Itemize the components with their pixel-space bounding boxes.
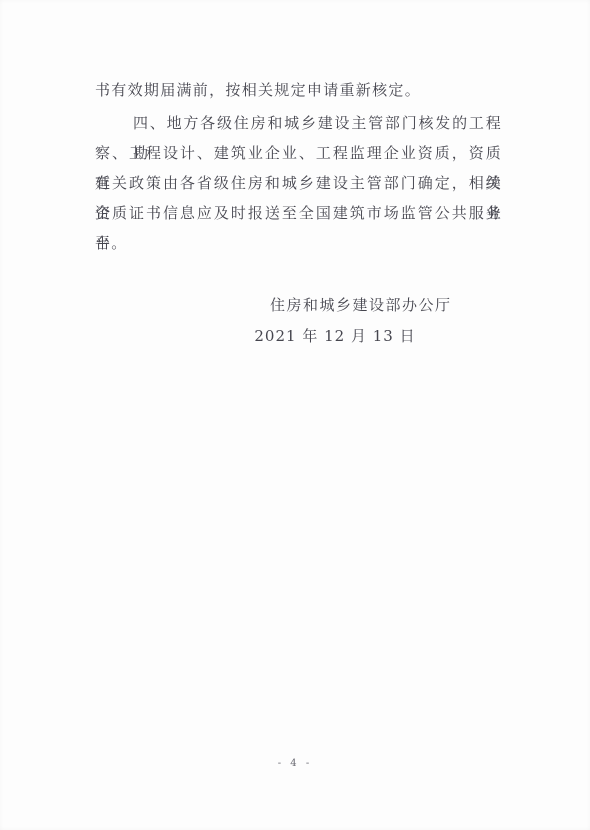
- page-number: - 4 -: [0, 758, 590, 769]
- document-body: 书有效期届满前，按相关规定申请重新核定。 四、地方各级住房和城乡建设主管部门核发…: [95, 75, 502, 258]
- body-line: 有关政策由各省级住房和城乡建设主管部门确定，相关企业: [95, 168, 502, 198]
- paragraph-three-continuation: 书有效期届满前，按相关规定申请重新核定。: [95, 75, 502, 105]
- body-line: 资质证书信息应及时报送至全国建筑市场监管公共服务平: [95, 198, 502, 228]
- body-line: 四、地方各级住房和城乡建设主管部门核发的工程勘: [95, 108, 502, 138]
- document-page: 书有效期届满前，按相关规定申请重新核定。 四、地方各级住房和城乡建设主管部门核发…: [0, 0, 590, 830]
- issuing-authority-signature: 住房和城乡建设部办公厅: [270, 290, 440, 320]
- paragraph-four: 四、地方各级住房和城乡建设主管部门核发的工程勘 察、工程设计、建筑业企业、工程监…: [95, 108, 502, 258]
- body-line: 察、工程设计、建筑业企业、工程监理企业资质，资质延续: [95, 138, 502, 168]
- body-line: 台。: [95, 228, 502, 258]
- document-date: 2021 年 12 月 13 日: [250, 321, 420, 351]
- body-line: 书有效期届满前，按相关规定申请重新核定。: [95, 75, 502, 105]
